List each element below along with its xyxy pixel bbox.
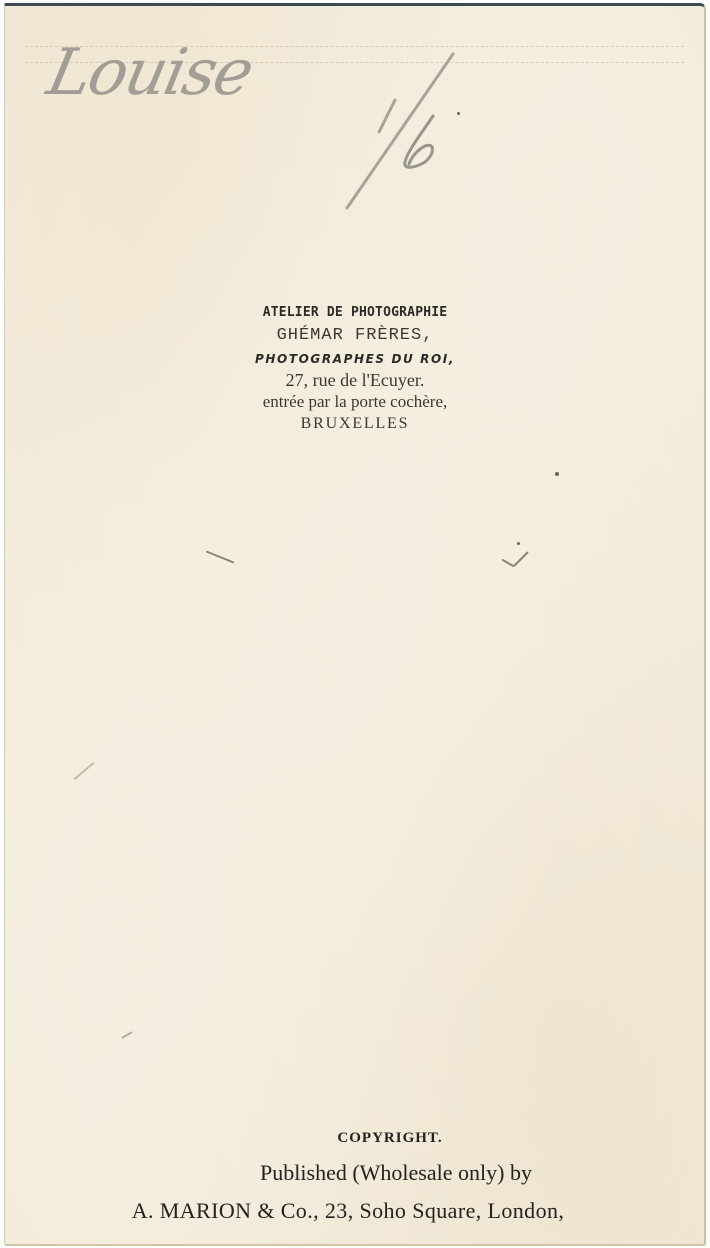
stamp-royal-title: PHOTOGRAPHES DU ROI, [195,348,515,370]
ink-speck [457,112,460,115]
scratch-mark [73,762,94,780]
publisher-address: A. MARION & Co., 23, Soho Square, London… [0,1198,703,1224]
pencil-price-mark-icon [335,46,485,216]
scratch-mark [501,559,514,568]
published-by-line: Published (Wholesale only) by [41,1160,710,1186]
scratch-mark [121,1031,132,1039]
handwritten-name: Louise [41,36,258,110]
photo-card-back: Louise 1/6 ATELIER DE PHOTOGRAPHIE GHÉMA… [4,3,706,1246]
copyright-label: COPYRIGHT. [35,1130,710,1147]
stamp-city: BRUXELLES [195,412,515,436]
scratch-mark [513,551,529,567]
stamp-entrance-note: entrée par la porte cochère, [195,391,515,412]
scratch-mark [206,550,235,563]
studio-stamp: ATELIER DE PHOTOGRAPHIE GHÉMAR FRÈRES, P… [195,302,515,436]
stamp-studio-name: GHÉMAR FRÈRES, [195,324,515,348]
scan-background: Louise 1/6 ATELIER DE PHOTOGRAPHIE GHÉMA… [0,0,710,1248]
handwritten-price: 1/6 [335,46,485,216]
stamp-atelier: ATELIER DE PHOTOGRAPHIE [195,302,515,324]
stamp-street-address: 27, rue de l'Ecuyer. [195,370,515,391]
ink-speck [555,472,559,476]
ink-speck [517,542,520,545]
